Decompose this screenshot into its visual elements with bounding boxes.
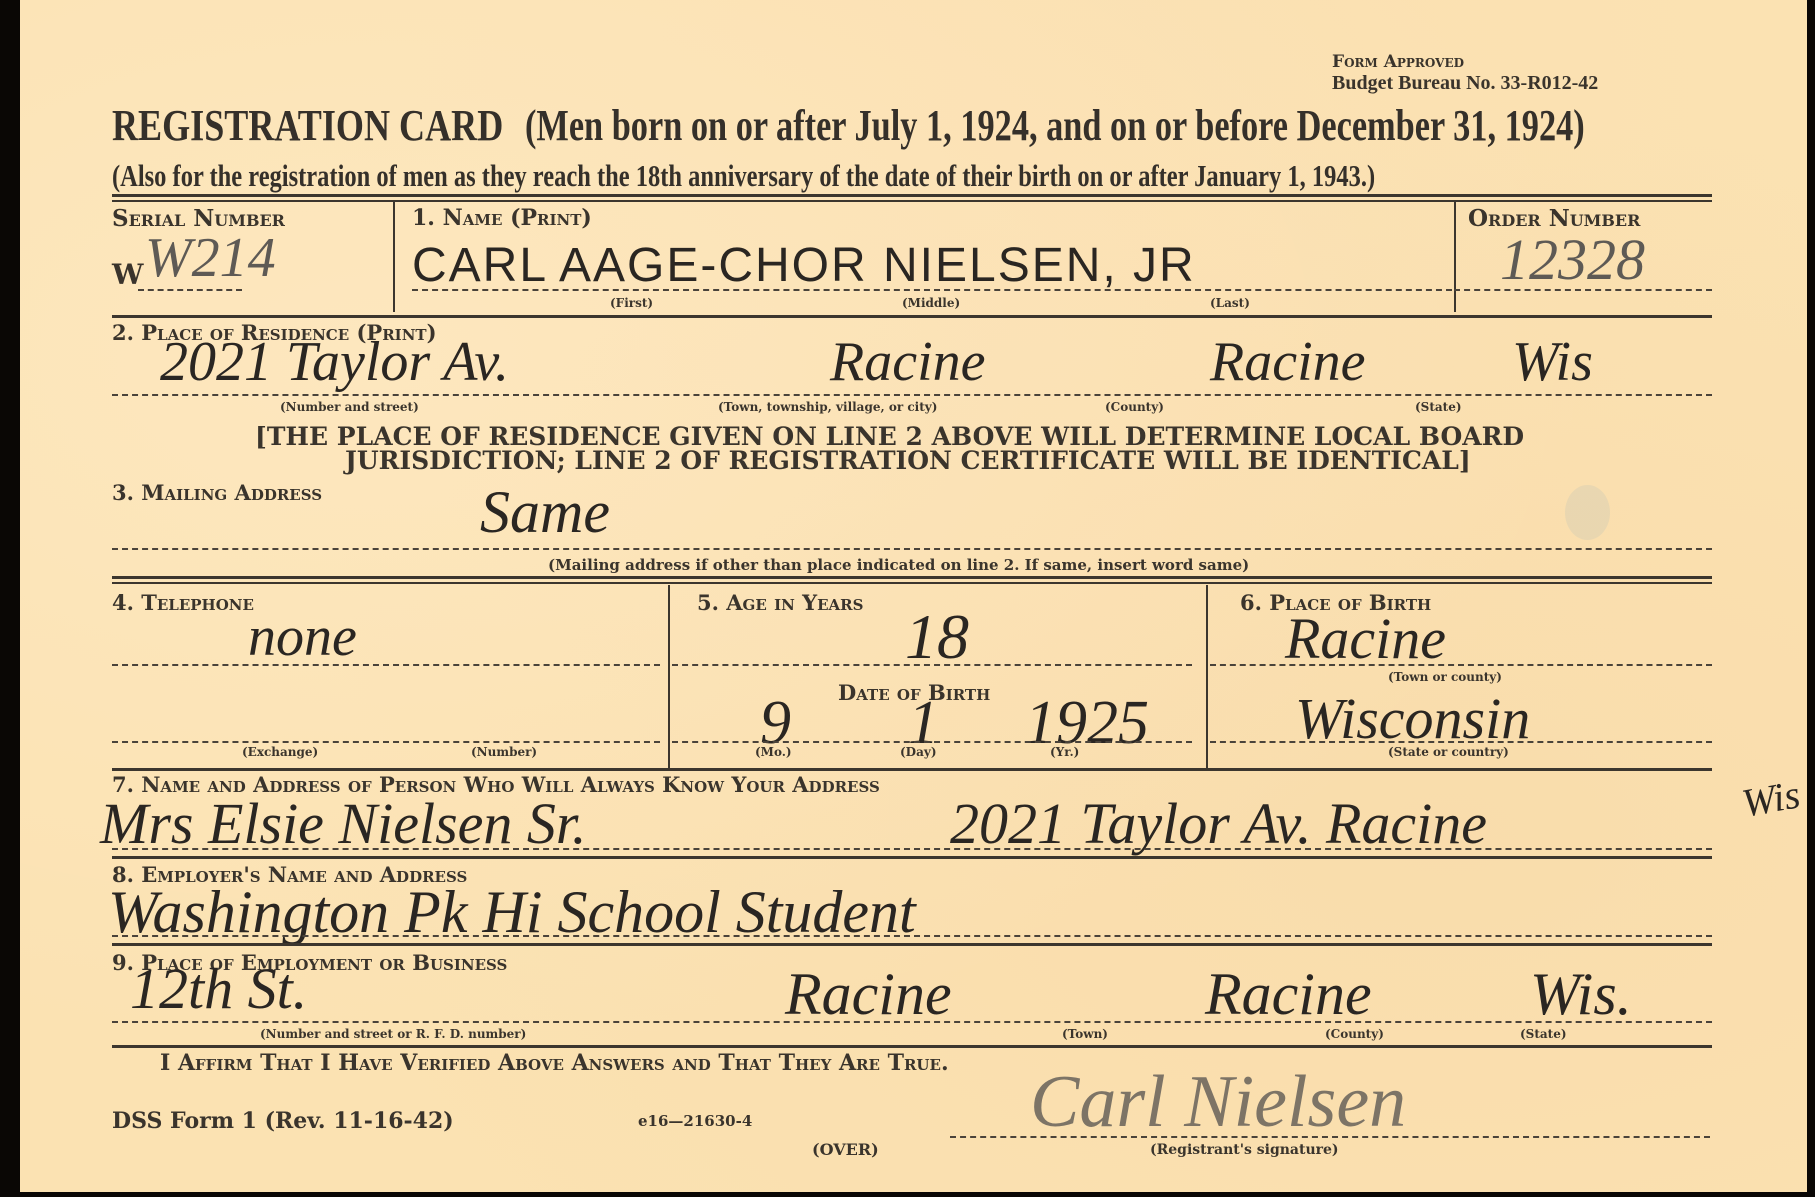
telephone-value: none xyxy=(248,605,357,669)
order-number-value: 12328 xyxy=(1500,226,1645,293)
divider xyxy=(112,394,1712,396)
affirmation-text: I Affirm That I Have Verified Above Answ… xyxy=(160,1050,949,1076)
divider xyxy=(112,315,1712,318)
divider xyxy=(112,848,1712,850)
birth-town-value: Racine xyxy=(1285,605,1446,672)
paper-stain xyxy=(1565,485,1610,540)
card-eligibility-note: (Also for the registration of men as the… xyxy=(112,158,1375,194)
contact-state-value: Wis xyxy=(1738,770,1803,826)
divider xyxy=(1206,585,1208,768)
divider xyxy=(1210,741,1712,743)
first-name-label: (First) xyxy=(610,296,653,310)
divider xyxy=(112,768,1712,771)
serial-prefix: W xyxy=(112,258,143,291)
last-name-label: (Last) xyxy=(1210,296,1250,310)
name-value: CARL AAGE-CHOR NIELSEN, JR xyxy=(412,238,1196,293)
birth-state-label: (State or country) xyxy=(1388,745,1509,759)
mailing-address-hint: (Mailing address if other than place ind… xyxy=(548,556,1249,574)
employment-county-value: Racine xyxy=(1205,960,1372,1029)
middle-name-label: (Middle) xyxy=(902,296,960,310)
divider xyxy=(112,576,1712,579)
divider xyxy=(112,548,1712,550)
divider xyxy=(112,194,1712,197)
budget-bureau-number: Budget Bureau No. 33-R012-42 xyxy=(1332,72,1598,95)
telephone-label: 4. Telephone xyxy=(112,590,254,615)
name-label: 1. Name (Print) xyxy=(412,205,592,231)
employment-town-label: (Town) xyxy=(1062,1027,1108,1041)
divider xyxy=(112,664,660,666)
registrant-signature: Carl Nielsen xyxy=(1030,1060,1406,1145)
birth-year-value: 1925 xyxy=(1025,688,1149,759)
divider xyxy=(112,943,1712,946)
employment-street-value: 12th St. xyxy=(130,955,307,1022)
serial-number-value: W214 xyxy=(145,226,276,290)
divider xyxy=(112,856,1712,859)
age-label: 5. Age in Years xyxy=(697,590,863,615)
divider xyxy=(1454,200,1456,312)
divider xyxy=(112,582,1712,584)
divider xyxy=(112,741,660,743)
divider xyxy=(112,200,1712,202)
divider xyxy=(1454,289,1712,291)
town-label: (Town, township, village, or city) xyxy=(718,400,937,414)
contact-address-value: 2021 Taylor Av. Racine xyxy=(950,790,1487,857)
residence-street: 2021 Taylor Av. xyxy=(160,330,509,394)
divider xyxy=(672,664,1192,666)
divider xyxy=(672,741,1192,743)
employment-state-label: (State) xyxy=(1520,1027,1567,1041)
birth-town-label: (Town or county) xyxy=(1388,670,1502,684)
residence-county: Racine xyxy=(1210,330,1365,394)
employment-town-value: Racine xyxy=(785,960,952,1029)
contact-name-value: Mrs Elsie Nielsen Sr. xyxy=(100,790,587,857)
divider xyxy=(393,200,395,312)
divider xyxy=(112,1021,1712,1023)
month-label: (Mo.) xyxy=(755,745,792,759)
card-subtitle: (Men born on or after July 1, 1924, and … xyxy=(525,100,1585,151)
registration-card: Form Approved Budget Bureau No. 33-R012-… xyxy=(20,0,1807,1192)
form-approved: Form Approved xyxy=(1332,52,1464,72)
year-label: (Yr.) xyxy=(1050,745,1079,759)
divider xyxy=(112,935,1712,937)
signature-line xyxy=(950,1136,1710,1138)
street-label: (Number and street) xyxy=(280,400,419,414)
mailing-address-value: Same xyxy=(480,478,610,547)
card-title: REGISTRATION CARD xyxy=(112,100,503,151)
form-identifier: DSS Form 1 (Rev. 11-16-42) xyxy=(112,1108,454,1134)
divider xyxy=(112,1045,1712,1048)
employment-street-label: (Number and street or R. F. D. number) xyxy=(260,1027,526,1041)
divider xyxy=(1210,664,1712,666)
day-label: (Day) xyxy=(900,745,937,759)
over-notice: (OVER) xyxy=(812,1140,879,1159)
signature-label: (Registrant's signature) xyxy=(1150,1142,1339,1158)
state-label: (State) xyxy=(1415,400,1462,414)
divider xyxy=(668,585,670,768)
employment-county-label: (County) xyxy=(1325,1027,1384,1041)
mailing-address-label: 3. Mailing Address xyxy=(112,480,322,505)
age-value: 18 xyxy=(905,600,969,674)
exchange-label: (Exchange) xyxy=(242,745,318,759)
jurisdiction-notice-line2: JURISDICTION; LINE 2 OF REGISTRATION CER… xyxy=(345,446,1471,475)
divider xyxy=(412,289,1452,291)
residence-town: Racine xyxy=(830,330,985,394)
print-code: e16—21630-4 xyxy=(638,1112,752,1130)
employment-state-value: Wis. xyxy=(1530,960,1632,1029)
residence-state: Wis xyxy=(1512,330,1593,394)
divider xyxy=(138,289,242,291)
county-label: (County) xyxy=(1105,400,1164,414)
telephone-number-label: (Number) xyxy=(471,745,537,759)
